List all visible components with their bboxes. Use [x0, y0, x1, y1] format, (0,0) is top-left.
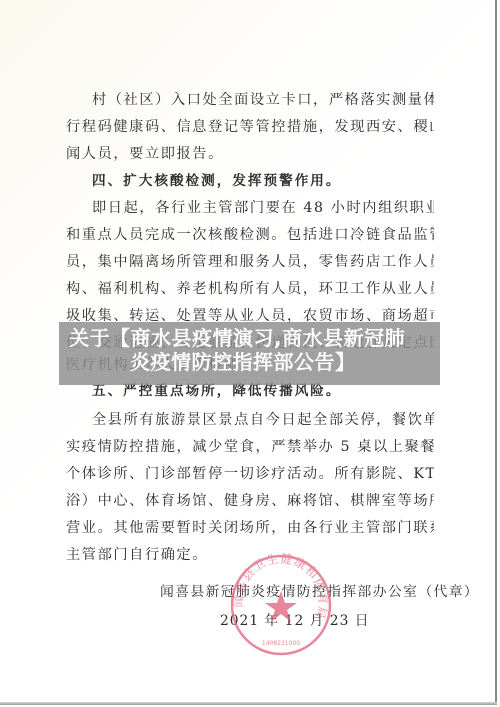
- body-line: 员，集中隔离场所管理和服务人员，零售药店工作人员，教育机: [66, 251, 434, 273]
- overlay-title-line-1: 关于【商水县疫情演习,商水县新冠肺: [69, 326, 405, 350]
- page-edge-right: [495, 0, 497, 705]
- title-overlay-banner: 关于【商水县疫情演习,商水县新冠肺 炎疫情防控指挥部公告】: [59, 322, 440, 385]
- body-line: 闻人员，要立即报告。: [66, 143, 434, 165]
- body-line: 和重点人员完成一次核酸检测。包括进口冷链食品监管和从业人: [66, 224, 434, 246]
- body-line: 行程码健康码、信息登记等管控措施，发现西安、稷山、新绛返: [66, 116, 434, 138]
- body-line: 全县所有旅游景区景点自今日起全部关停，餐饮单位严格落: [92, 409, 434, 431]
- document-page: 村（社区）入口处全面设立卡口，严格落实测量体温、查验 行程码健康码、信息登记等管…: [0, 0, 500, 707]
- body-line: 实疫情防控措施，减少堂食，严禁举办 5 桌以上聚餐活动。全县: [66, 436, 434, 458]
- stamp-number: 1408231000: [262, 640, 300, 647]
- overlay-title-line-2: 炎疫情防控指挥部公告】: [130, 350, 356, 374]
- body-line: 个体诊所、门诊部暂停一切诊疗活动。所有影院、KTV、洗浴（足: [66, 463, 434, 485]
- body-line: 营业。其他需要暂时关闭场所，由各行业主管部门联系市级行业: [66, 517, 434, 539]
- section-heading-4: 四、扩大核酸检测，发挥预警作用。: [92, 170, 434, 192]
- body-line: 即日起，各行业主管部门要在 48 小时内组织职业风险人群: [92, 197, 434, 219]
- body-line: 村（社区）入口处全面设立卡口，严格落实测量体温、查验: [92, 89, 434, 111]
- official-seal-icon: 闻喜县卫生健康和体育局 1408231000: [229, 553, 333, 657]
- body-line: 构、福利机构、养老机构所有人员，环卫工作从业人员，医疗垃: [66, 278, 434, 300]
- body-line: 浴）中心、体育场馆、健身房、麻将馆、棋牌室等场所一律暂停: [66, 490, 434, 512]
- page-edge-bottom: [0, 702, 497, 705]
